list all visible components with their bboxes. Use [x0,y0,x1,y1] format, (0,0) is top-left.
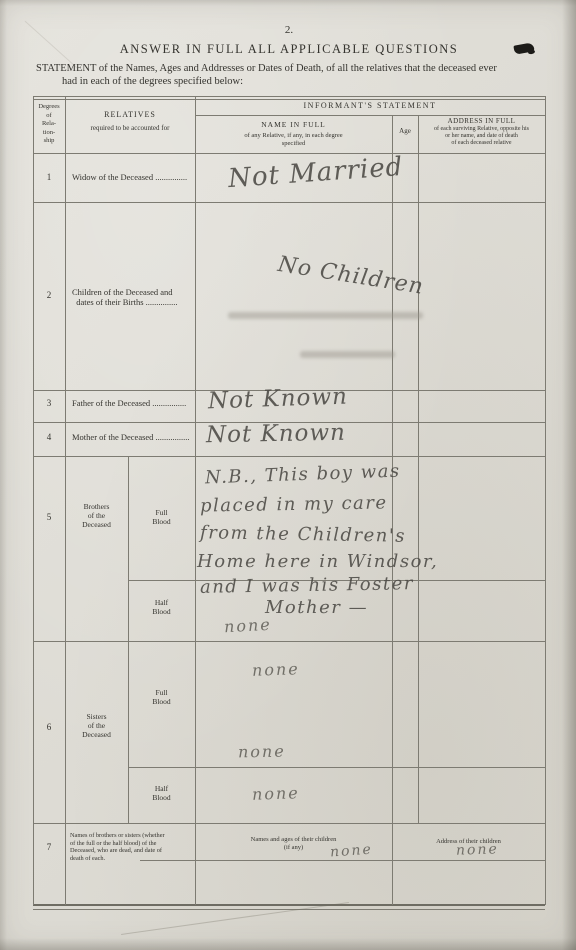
row5-note-line5: and I was his Foster [200,573,414,598]
row5-half-blood-label: Half Blood [128,598,195,616]
row7-relative-label: Names of brothers or sisters (whether of… [70,832,194,862]
row6-half-blood-label: Half Blood [128,784,195,802]
row1-handwritten-entry: Not Married [227,152,404,194]
row6-full-blood-label: Full Blood [128,688,195,706]
row2-handwritten-entry: No Children [276,252,425,300]
bleedthrough-smudge [228,312,423,319]
row6-full-blood-entry-bottom: none [238,742,286,762]
name-column-subheader: of any Relative, if any, in each degree … [195,132,392,147]
row4-degree-number: 4 [33,432,65,442]
page-edge-shadow-right [562,0,576,950]
row6-degree-number: 6 [33,722,65,732]
row5-note-line2: placed in my care [200,492,388,516]
row5-full-blood-label: Full Blood [128,508,195,526]
row7-children-address-entry: none [456,841,499,858]
page-number: 2. [33,24,545,36]
row1-degree-number: 1 [33,172,65,182]
row2-degree-number: 2 [33,290,65,300]
row6-full-blood-entry-top: none [252,659,300,680]
form-instruction-heading: ANSWER IN FULL ALL APPLICABLE QUESTIONS [33,42,545,57]
bleedthrough-smudge [300,351,395,358]
row1-relative-label: Widow of the Deceased ............... [72,172,192,182]
row2-relative-label: Children of the Deceased and dates of th… [72,287,194,307]
relatives-column-header: RELATIVES [65,110,195,119]
page-edge-shadow-top [0,0,576,6]
row5-note-line3: from the Children's [200,522,406,547]
row6-blood-divider-line [128,767,545,768]
row5-half-blood-entry: none [224,615,273,636]
table-border-bottom-outer [33,904,545,906]
name-column-header: NAME IN FULL [195,120,392,129]
table-border-left [33,96,34,905]
row3-relative-label: Father of the Deceased ................ [72,398,194,408]
row1-bottom-line [33,202,545,203]
address-column-header: ADDRESS IN FULL [418,117,545,125]
statement-line-2: had in each of the degrees specified bel… [62,76,562,87]
informant-statement-header: INFORMANT'S STATEMENT [195,101,545,110]
row3-degree-number: 3 [33,398,65,408]
name-column-line [392,115,393,905]
row5-note-line4: Home here in Windsor, [197,551,438,572]
row4-relative-label: Mother of the Deceased ................ [72,432,194,442]
table-border-top-outer [33,96,545,97]
row6-half-blood-entry: none [252,783,300,804]
header-bottom-line [33,153,545,154]
page-edge-shadow-left [0,0,7,950]
informant-header-underline [195,115,545,116]
age-column-header: Age [392,127,418,135]
row5-relative-label: Brothers of the Deceased [65,502,128,529]
row5-note-line6: Mother — [265,597,368,618]
degrees-column-header: Degrees of Rela- tion- ship [33,103,65,146]
table-border-right [545,96,546,905]
age-column-line [418,115,419,823]
row6-relative-label: Sisters of the Deceased [65,712,128,739]
row3-handwritten-entry: Not Known [208,384,349,415]
statement-line-1: STATEMENT of the Names, Ages and Address… [36,63,566,74]
row5-note-line1: N.B., This boy was [205,461,401,489]
row7-children-names-entry: none [329,842,373,861]
address-column-subheader: of each surviving Relative, opposite his… [418,126,545,147]
table-border-top-inner [33,99,545,100]
paper-crease [121,902,349,935]
row6-bottom-line [33,823,545,824]
scanned-form-page: 2. ANSWER IN FULL ALL APPLICABLE QUESTIO… [0,0,576,950]
row7-degree-number: 7 [33,842,65,852]
relatives-column-subheader: required to be accounted for [65,124,195,132]
relatives-column-line [195,96,196,905]
row4-handwritten-entry: Not Known [206,420,346,448]
row5-degree-number: 5 [33,512,65,522]
row4-bottom-line [33,456,545,457]
row7-inner-line [140,860,545,861]
page-edge-shadow-bottom [0,938,576,950]
degrees-column-line [65,96,66,905]
row5-bottom-line [33,641,545,642]
